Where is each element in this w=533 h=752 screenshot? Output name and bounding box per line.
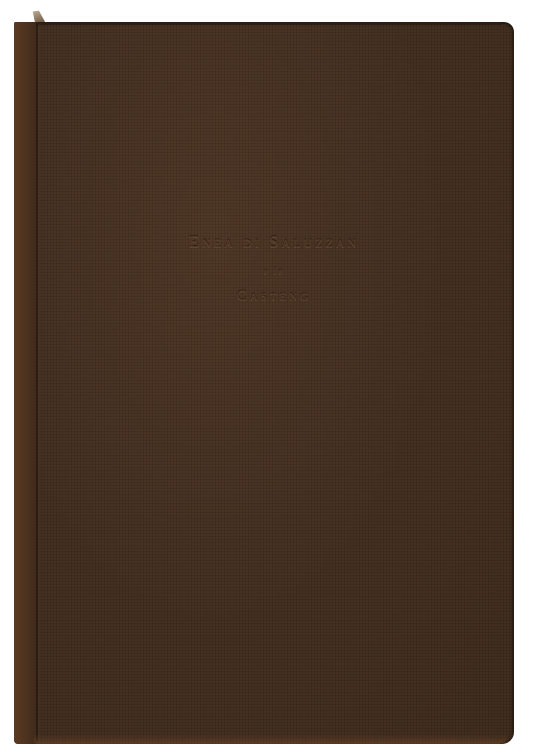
book-top-rim — [24, 22, 502, 25]
book-bottom-edge-wear — [34, 734, 508, 744]
book-cover: Enea di Saluzzan e le Casteng — [14, 22, 514, 744]
title-line-3: Casteng — [34, 288, 514, 305]
book-hinge-line — [36, 24, 38, 742]
title-line-1: Enea di Saluzzan — [34, 232, 514, 252]
title-line-2: e le — [34, 266, 514, 276]
book-spine-edge — [14, 22, 36, 744]
embossed-title: Enea di Saluzzan e le Casteng — [14, 232, 514, 305]
